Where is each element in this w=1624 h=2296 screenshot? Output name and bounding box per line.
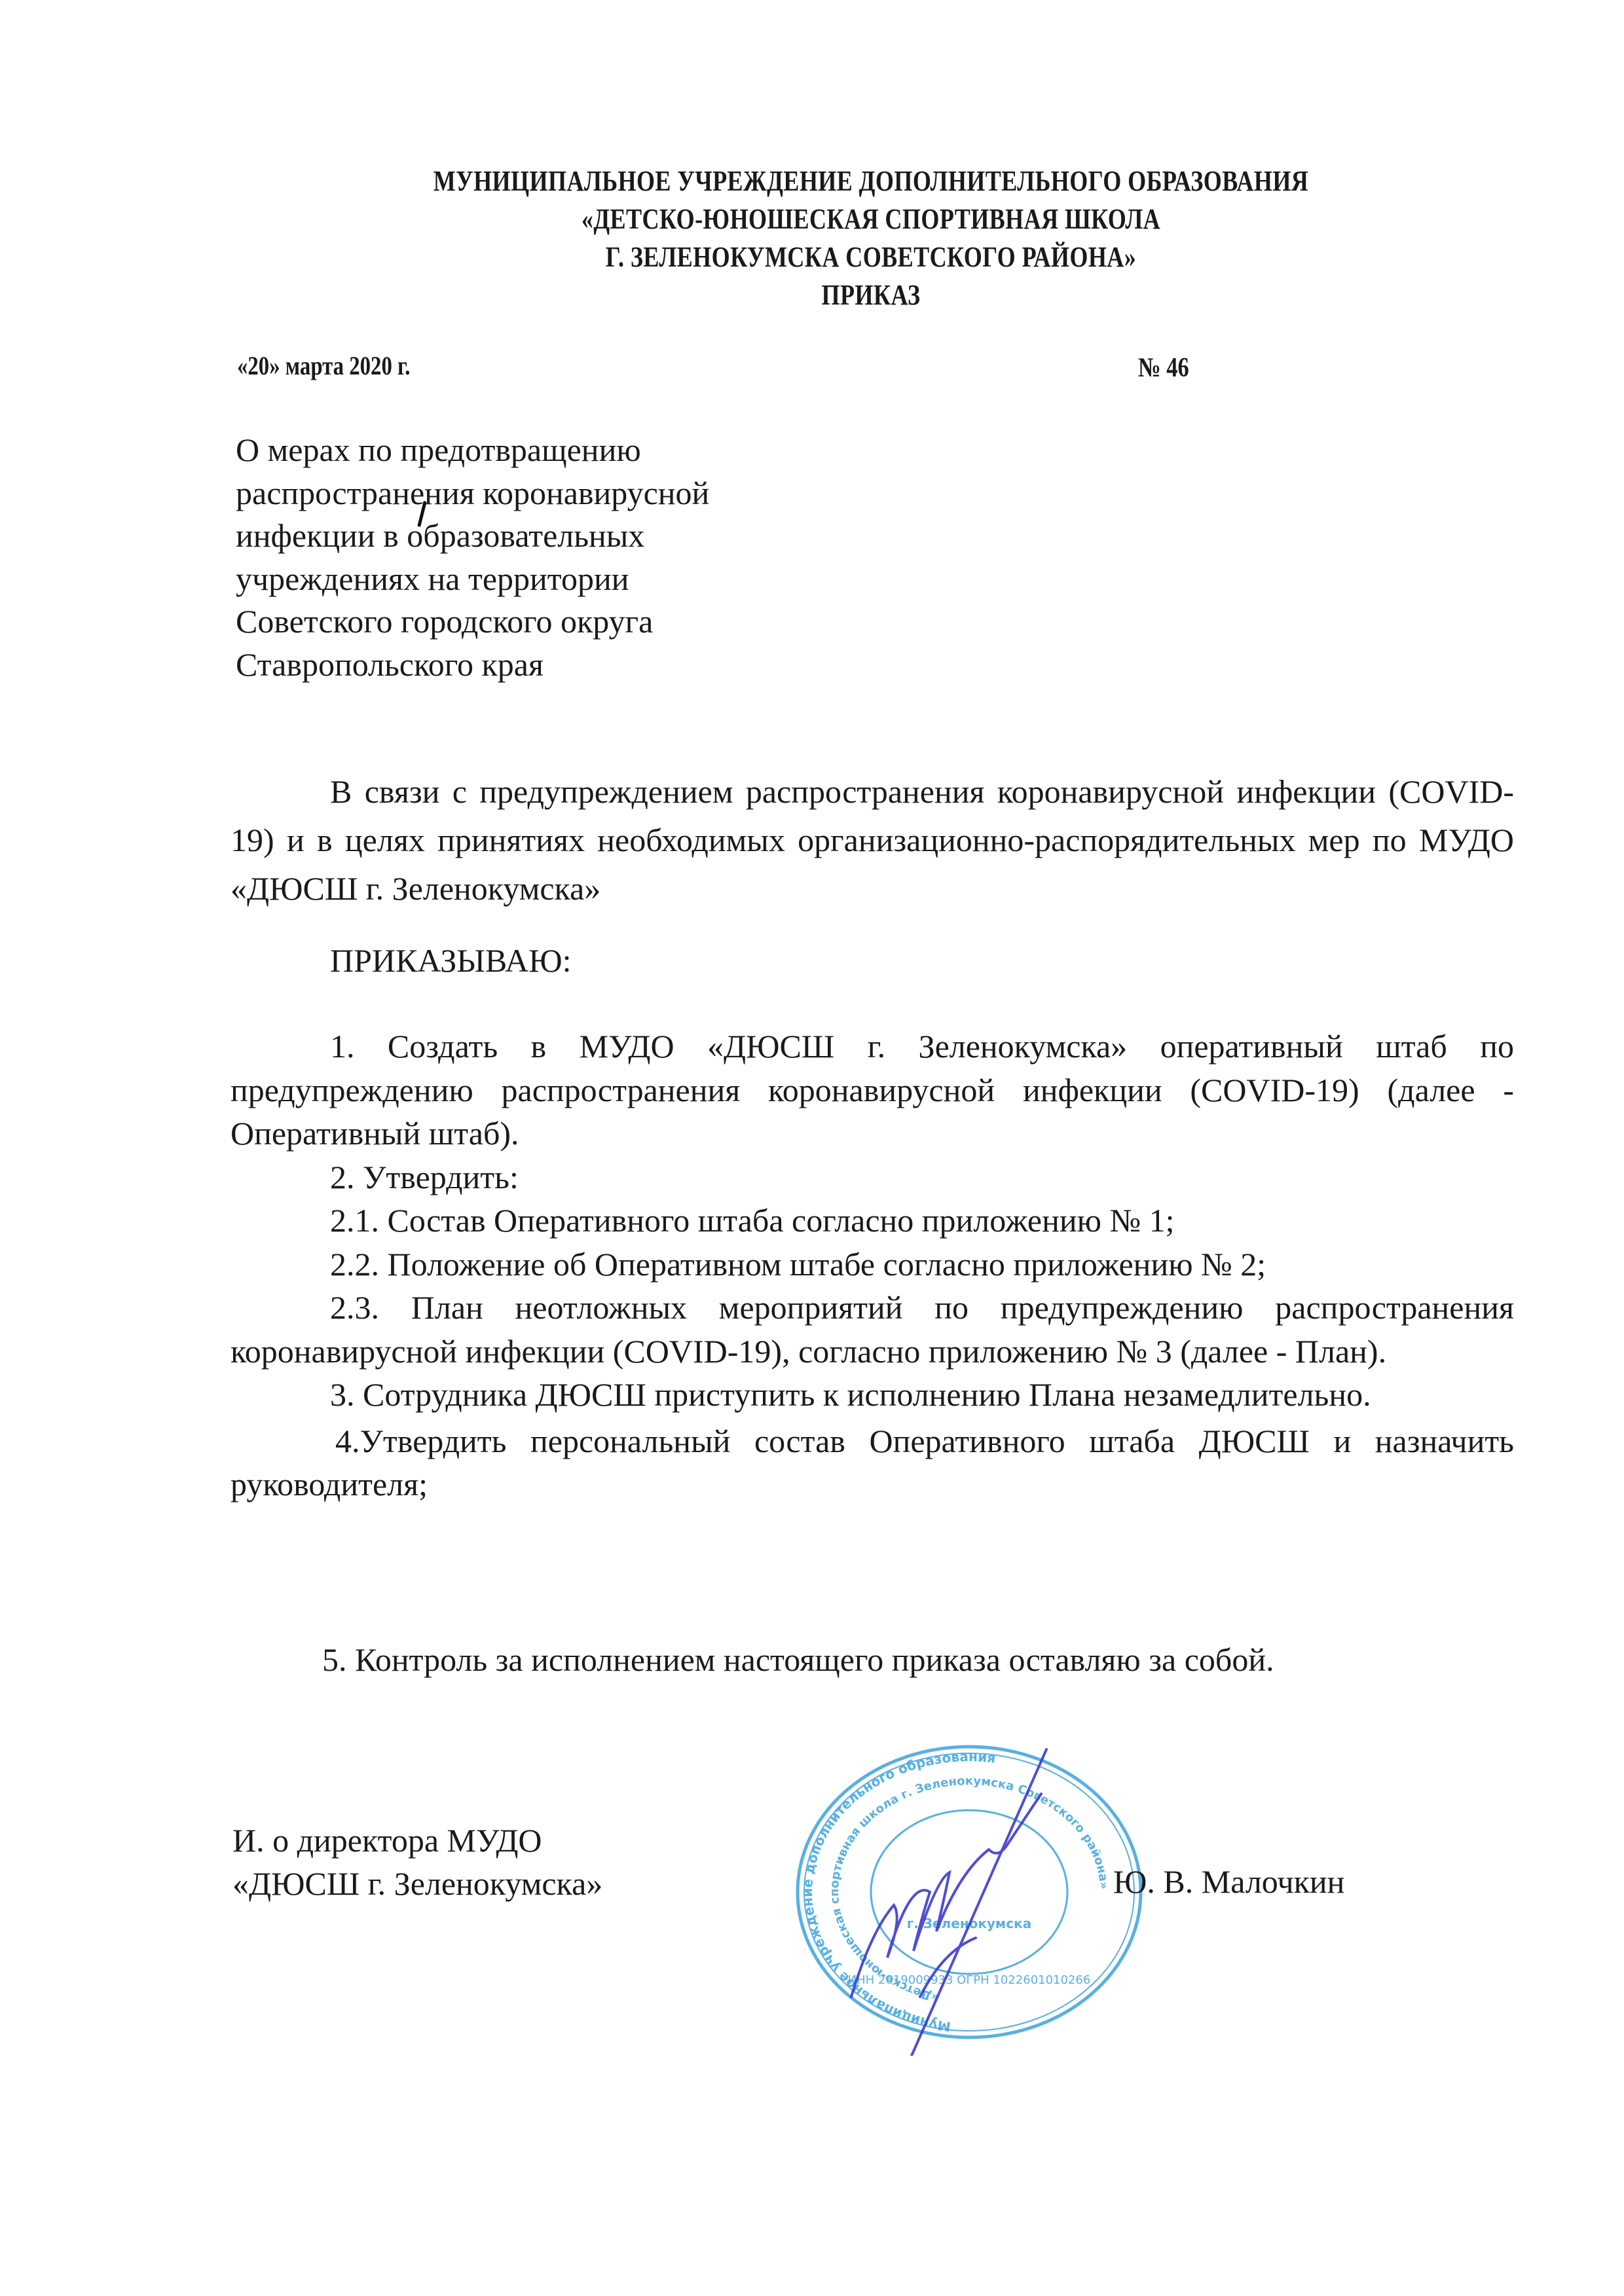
order-item-4: 4.Утвердить персональный состав Оператив…: [231, 1419, 1514, 1506]
order-item-2: 2. Утвердить:: [231, 1156, 1514, 1199]
signatory-name: Ю. В. Малочкин: [1113, 1863, 1344, 1901]
order-subject: О мерах по предотвращению распространени…: [236, 429, 709, 686]
subject-line: инфекции в образовательных: [236, 515, 709, 558]
header-line-3: Г. ЗЕЛЕНОКУМСКА СОВЕТСКОГО РАЙОНА»: [344, 238, 1397, 276]
document-header: МУНИЦИПАЛЬНОЕ УЧРЕЖДЕНИЕ ДОПОЛНИТЕЛЬНОГО…: [344, 162, 1397, 314]
order-item-1: 1. Создать в МУДО «ДЮСШ г. Зеленокумска»…: [231, 1025, 1514, 1156]
order-number: № 46: [1138, 352, 1189, 384]
signatory-position: И. о директора МУДО «ДЮСШ г. Зеленокумск…: [232, 1819, 602, 1905]
order-items: 1. Создать в МУДО «ДЮСШ г. Зеленокумска»…: [231, 1025, 1514, 1506]
order-item-2-2: 2.2. Положение об Оперативном штабе согл…: [231, 1243, 1514, 1286]
order-word: ПРИКАЗЫВАЮ:: [231, 936, 1514, 985]
official-stamp-icon: Муниципальное учреждение дополнительного…: [773, 1715, 1166, 2056]
subject-line: О мерах по предотвращению: [236, 429, 709, 472]
order-item-2-1: 2.1. Состав Оперативного штаба согласно …: [231, 1199, 1514, 1243]
subject-line: Ставропольского края: [236, 644, 709, 687]
intro-text: В связи с предупреждением распространени…: [231, 767, 1514, 913]
order-item-5: 5. Контроль за исполнением настоящего пр…: [231, 1635, 1514, 1684]
header-line-2: «ДЕТСКО-ЮНОШЕСКАЯ СПОРТИВНАЯ ШКОЛА: [344, 200, 1397, 238]
subject-line: Советского городского округа: [236, 600, 709, 644]
document-page: МУНИЦИПАЛЬНОЕ УЧРЕЖДЕНИЕ ДОПОЛНИТЕЛЬНОГО…: [0, 0, 1624, 2296]
order-date: «20» марта 2020 г.: [237, 350, 1043, 381]
subject-line: учреждениях на территории: [236, 558, 709, 601]
order-item-2-3: 2.3. План неотложных мероприятий по пред…: [231, 1286, 1514, 1373]
order-item-3: 3. Сотрудника ДЮСШ приступить к исполнен…: [231, 1373, 1514, 1417]
signatory-position-line: «ДЮСШ г. Зеленокумска»: [232, 1862, 602, 1905]
document-type-title: ПРИКАЗ: [344, 276, 1397, 314]
subject-line: распространения коронавирусной: [236, 472, 709, 515]
intro-paragraph: В связи с предупреждением распространени…: [231, 767, 1514, 913]
header-line-1: МУНИЦИПАЛЬНОЕ УЧРЕЖДЕНИЕ ДОПОЛНИТЕЛЬНОГО…: [344, 162, 1397, 200]
signatory-position-line: И. о директора МУДО: [232, 1819, 602, 1862]
stamp-bottom-text: ИНН 2619009933 ОГРН 1022601010266: [848, 1973, 1091, 1987]
